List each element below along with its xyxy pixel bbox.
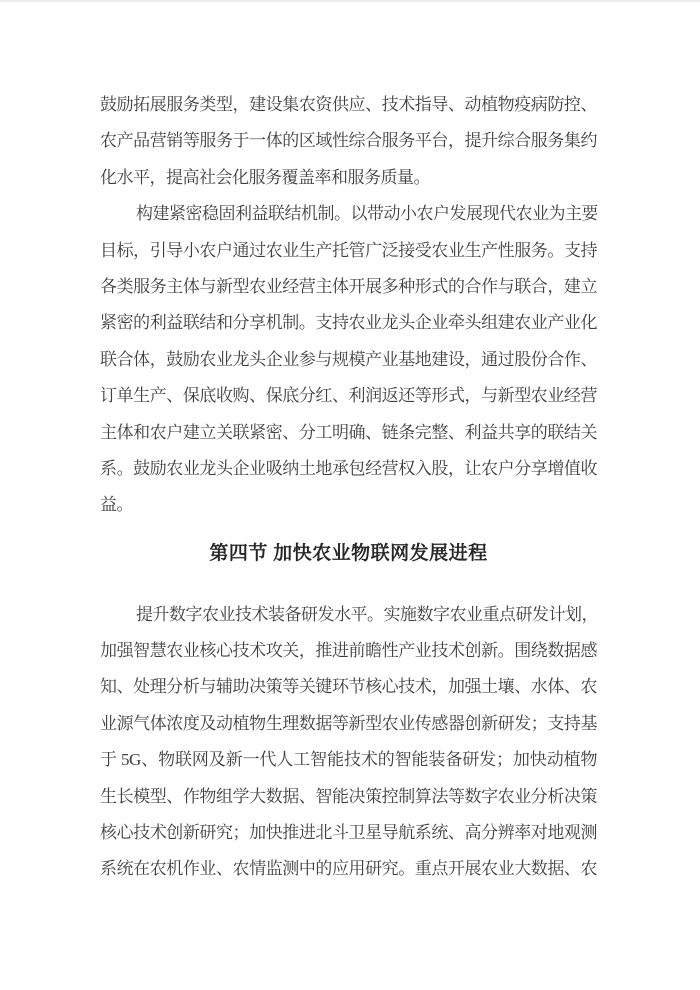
text-column: 鼓励拓展服务类型，建设集农资供应、技术指导、动植物疫病防控、 农产品营销等服务于…	[100, 87, 597, 888]
text-line: 鼓励拓展服务类型，建设集农资供应、技术指导、动植物疫病防控、	[100, 87, 597, 123]
text-line: 紧密的利益联结和分享机制。支持农业龙头企业牵头组建农业产业化	[100, 305, 597, 341]
text-line: 系。鼓励农业龙头企业吸纳土地承包经营权入股，让农户分享增值收	[100, 451, 597, 487]
text-line: 目标，引导小农户通过农业生产托管广泛接受农业生产性服务。支持	[100, 233, 597, 269]
text-line: 知、处理分析与辅助决策等关键环节核心技术，加强土壤、水体、农	[100, 669, 597, 705]
text-line: 业源气体浓度及动植物生理数据等新型农业传感器创新研发；支持基	[100, 706, 597, 742]
text-line: 联合体，鼓励农业龙头企业参与规模产业基地建设，通过股份合作、	[100, 342, 597, 378]
document-page: 鼓励拓展服务类型，建设集农资供应、技术指导、动植物疫病防控、 农产品营销等服务于…	[0, 0, 700, 990]
paragraph-service-platform: 鼓励拓展服务类型，建设集农资供应、技术指导、动植物疫病防控、 农产品营销等服务于…	[100, 87, 597, 196]
text-line: 生长模型、作物组学大数据、智能决策控制算法等数字农业分析决策	[100, 779, 597, 815]
text-line: 于 5G、物联网及新一代人工智能技术的智能装备研发；加快动植物	[100, 742, 597, 778]
text-line: 农产品营销等服务于一体的区域性综合服务平台，提升综合服务集约	[100, 123, 597, 159]
text-line: 化水平，提高社会化服务覆盖率和服务质量。	[100, 160, 597, 196]
text-line: 系统在农机作业、农情监测中的应用研究。重点开展农业大数据、农	[100, 851, 597, 887]
paragraph-digital-agriculture-rnd: 提升数字农业技术装备研发水平。实施数字农业重点研发计划， 加强智慧农业核心技术攻…	[100, 597, 597, 888]
paragraph-interest-linkage: 构建紧密稳固利益联结机制。以带动小农户发展现代农业为主要 目标，引导小农户通过农…	[100, 196, 597, 524]
text-line: 益。	[100, 487, 597, 523]
text-line: 订单生产、保底收购、保底分红、利润返还等形式，与新型农业经营	[100, 378, 597, 414]
text-line: 主体和农户建立关联紧密、分工明确、链条完整、利益共享的联结关	[100, 415, 597, 451]
section-heading: 第四节 加快农业物联网发展进程	[100, 539, 597, 569]
text-line: 加强智慧农业核心技术攻关，推进前瞻性产业技术创新。围绕数据感	[100, 633, 597, 669]
text-line: 提升数字农业技术装备研发水平。实施数字农业重点研发计划，	[100, 597, 597, 633]
page-top-scan-edge	[0, 0, 700, 2]
text-line: 构建紧密稳固利益联结机制。以带动小农户发展现代农业为主要	[100, 196, 597, 232]
text-line: 核心技术创新研究；加快推进北斗卫星导航系统、高分辨率对地观测	[100, 815, 597, 851]
text-line: 各类服务主体与新型农业经营主体开展多种形式的合作与联合，建立	[100, 269, 597, 305]
